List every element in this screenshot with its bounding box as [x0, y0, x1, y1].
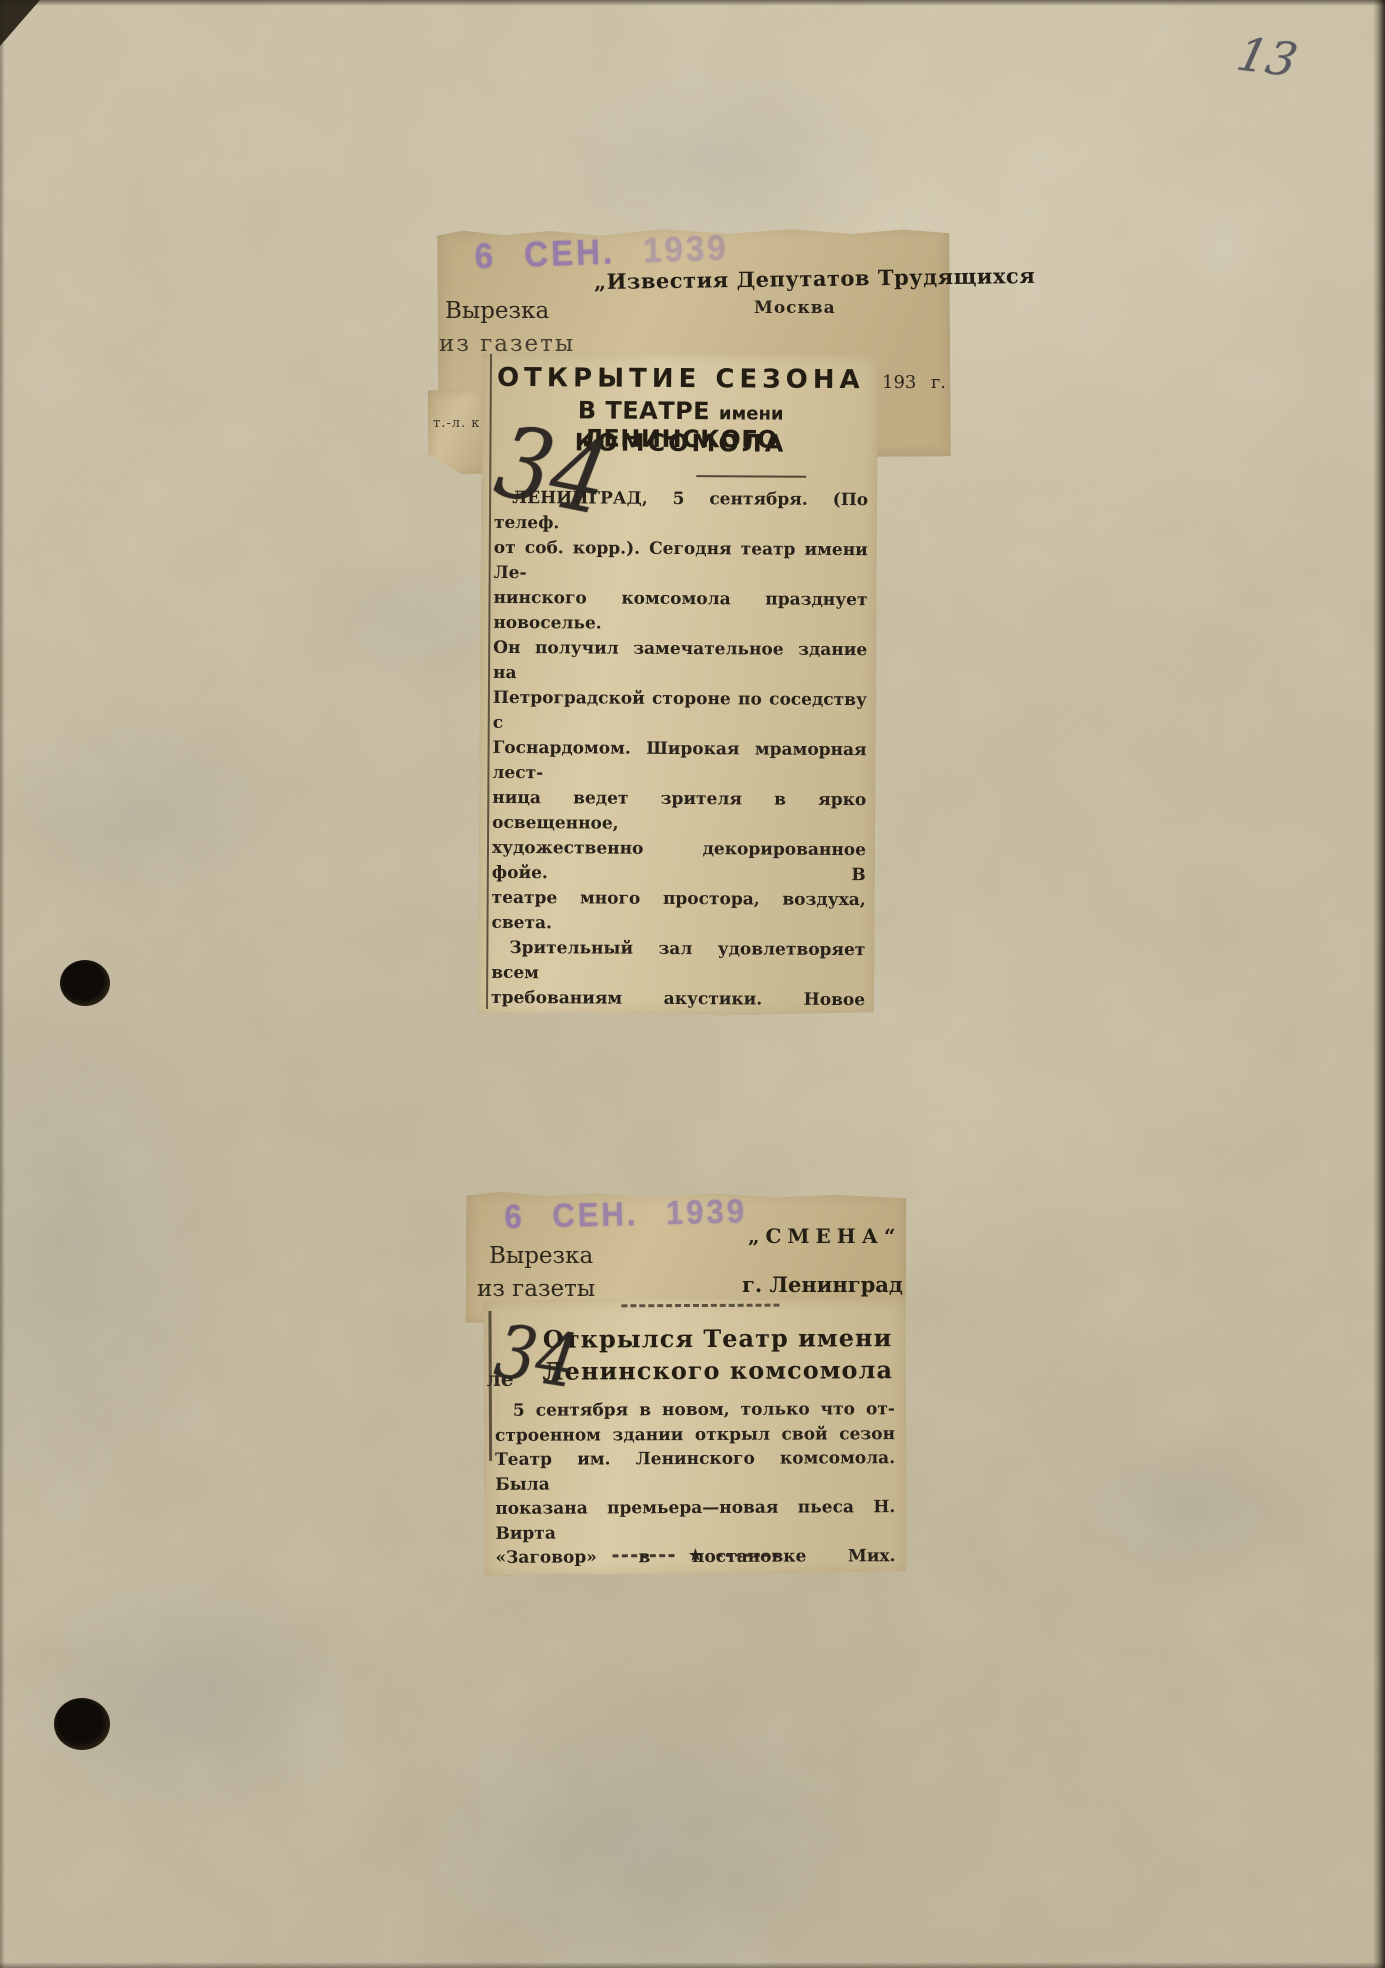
form-text-fragment: т.-л. к: [433, 416, 480, 431]
text-line: Госнардомом. Широкая мраморная лест-: [492, 736, 866, 788]
stamp-year: 1939: [642, 227, 729, 270]
text-line: Петроградской стороне по соседству с: [493, 686, 867, 738]
body-paragraph: ЛЕНИНГРАД, 5 сентября. (По телеф.от соб.…: [491, 486, 868, 938]
cutting-label-line1: Вырезка: [489, 1243, 593, 1269]
footer-dash: [613, 1554, 675, 1557]
year-blank: 193 г.: [882, 372, 946, 393]
text-line: Зрительный зал удовлетворяет всем: [491, 936, 865, 988]
text-line: художественно декорированное фойе. В: [492, 836, 866, 888]
text-line: Театр им. Ленинского комсомола. Была: [495, 1446, 895, 1497]
stamp-day: 6: [504, 1198, 525, 1236]
stamp-month: СЕН.: [552, 1195, 639, 1235]
text-line: Он получил замечательное здание на: [493, 636, 867, 688]
newspaper-city: г. Ленинград: [742, 1272, 903, 1297]
scan-edge-left: [0, 0, 5, 1968]
scan-edge-bottom: [0, 1962, 1385, 1968]
text-line: строенном здании открыл свой сезон: [495, 1422, 895, 1448]
clipping-headline-line1: ОТКРЫТИЕ СЕЗОНА: [488, 363, 874, 395]
text-line: от соб. корр.). Сегодня театр имени Ле-: [494, 536, 868, 588]
cutting-label-line2: из газеты: [477, 1276, 595, 1302]
date-stamp: 6 СЕН. 1939: [504, 1192, 747, 1237]
handwritten-page-number: 13: [1232, 27, 1302, 87]
form-dashed-rule: [621, 1304, 779, 1308]
headline-word-small: имени: [719, 403, 784, 424]
handwritten-archive-number: 34: [490, 1309, 583, 1405]
stamp-month: СЕН.: [524, 231, 616, 274]
year-suffix: г.: [931, 372, 946, 393]
scan-edge-right: [1373, 0, 1385, 1968]
footer-ornament: ★: [484, 1545, 906, 1565]
news-clipping-izvestia: ОТКРЫТИЕ СЕЗОНА В ТЕАТРЕ имени ЛЕНИНСКОГ…: [478, 351, 878, 1016]
clipping-headline-line2: Ленинского комсомола: [542, 1355, 894, 1386]
text-line: показана премьера—новая пьеса Н. Вирта: [495, 1495, 895, 1546]
star-ornament: ★: [689, 1546, 703, 1564]
clipping-headline-line1: Открылся Театр имени: [542, 1323, 894, 1354]
text-line: ница ведет зрителя в ярко освещенное,: [492, 786, 866, 838]
footer-dash: [716, 1553, 778, 1556]
cutting-label-line1: Вырезка: [445, 298, 549, 324]
newspaper-name: „СМЕНА“: [748, 1224, 902, 1248]
newspaper-city: Москва: [754, 298, 836, 318]
year-prefix: 193: [882, 372, 916, 393]
hole-punch: [60, 960, 110, 1006]
stamp-day: 6: [474, 235, 497, 276]
stamp-year: 1939: [666, 1192, 748, 1232]
news-clipping-smena: Открылся Театр имени Ленинского комсомол…: [483, 1297, 906, 1576]
scan-edge-top: [0, 0, 1385, 6]
headline-divider-rule: [696, 475, 806, 478]
hole-punch: [54, 1698, 110, 1750]
text-line: театре много простора, воздуха, света.: [491, 886, 865, 938]
handwritten-archive-number: 34: [487, 404, 617, 538]
text-line: нинского комсомола празднует новоселье.: [493, 586, 867, 638]
